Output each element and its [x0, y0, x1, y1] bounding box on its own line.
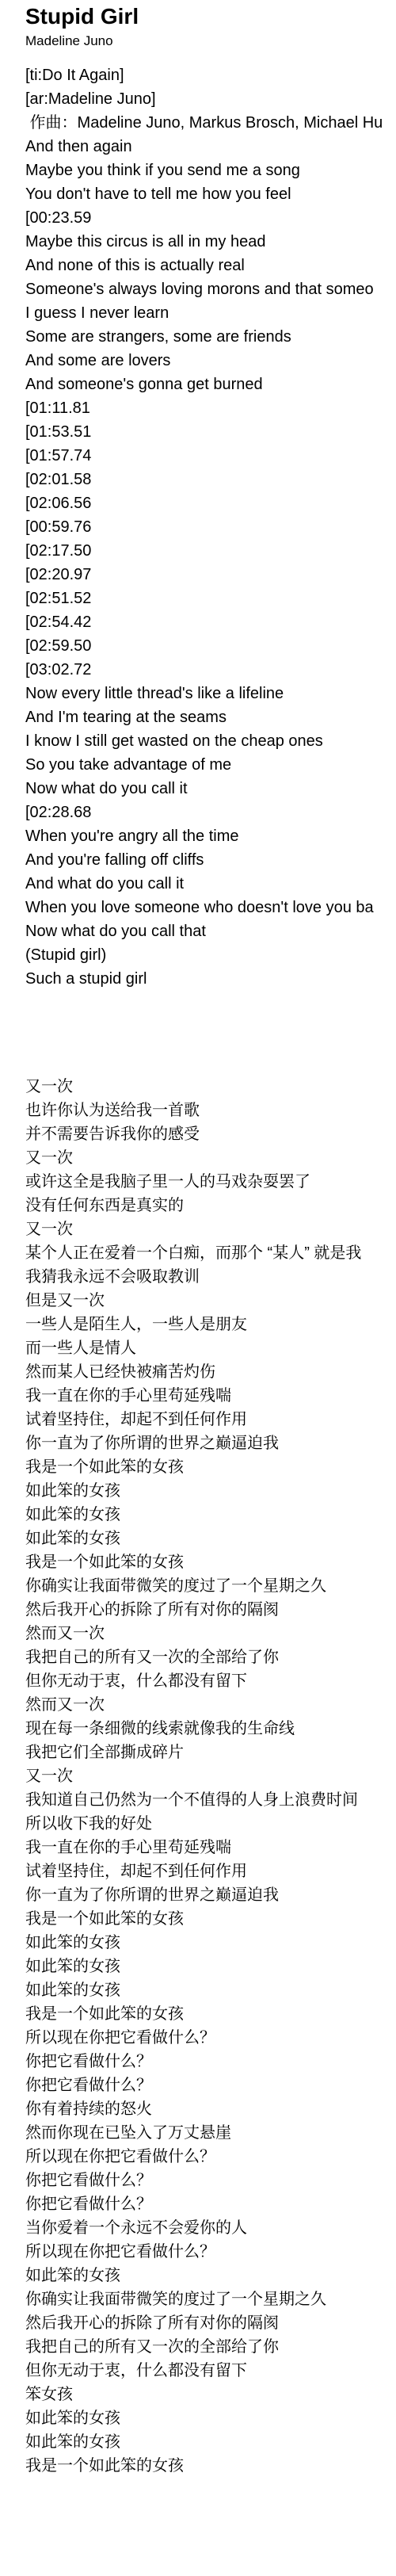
lyric-line: 然后我开心的拆除了所有对你的隔阂	[25, 1598, 396, 1622]
lyric-line: Maybe you think if you send me a song	[25, 159, 396, 182]
lyric-line: [02:28.68	[25, 801, 396, 824]
lyric-line: [02:51.52	[25, 587, 396, 610]
lyric-line: 你把它看做什么？	[25, 2192, 396, 2216]
lyric-line: 如此笨的女孩	[25, 1978, 396, 2002]
lyric-line: 然而你现在已坠入了万丈悬崖	[25, 2121, 396, 2145]
lyric-line: 我一直在你的手心里苟延残喘	[25, 1384, 396, 1408]
lyric-line: Now what do you call it	[25, 777, 396, 801]
lyric-line: (Stupid girl)	[25, 943, 396, 967]
lyric-line: [00:23.59	[25, 206, 396, 230]
lyrics-chinese-section: 又一次也许你认为送给我一首歌并不需要告诉我你的感受又一次或许这全是我脑子里一人的…	[25, 1075, 396, 2478]
lyric-line: 你把它看做什么？	[25, 2073, 396, 2097]
lyric-line: 又一次	[25, 1075, 396, 1099]
lyric-line: 你把它看做什么？	[25, 2169, 396, 2192]
lyric-line: Such a stupid girl	[25, 967, 396, 991]
lyric-line: 又一次	[25, 1146, 396, 1170]
lyrics-page: Stupid Girl Madeline Juno [ti:Do It Agai…	[0, 0, 396, 2478]
lyric-line: [02:59.50	[25, 634, 396, 658]
lyric-line: 我知道自己仍然为一个不值得的人身上浪费时间	[25, 1788, 396, 1812]
lyric-line: 当你爱着一个永远不会爱你的人	[25, 2216, 396, 2240]
lyric-line: [ti:Do It Again]	[25, 63, 396, 87]
lyric-line: 也许你认为送给我一首歌	[25, 1099, 396, 1122]
lyric-line: 我把自己的所有又一次的全部给了你	[25, 2335, 396, 2359]
lyric-line: Some are strangers, some are friends	[25, 325, 396, 349]
lyric-line: 如此笨的女孩	[25, 1479, 396, 1503]
lyric-line: 或许这全是我脑子里一人的马戏杂耍罢了	[25, 1170, 396, 1194]
lyric-line: [01:53.51	[25, 420, 396, 444]
lyric-line: 试着坚持住，却起不到任何作用	[25, 1859, 396, 1883]
lyric-line: I guess I never learn	[25, 301, 396, 325]
lyric-line: 但是又一次	[25, 1289, 396, 1313]
lyric-line: [02:54.42	[25, 610, 396, 634]
lyric-line: [01:11.81	[25, 396, 396, 420]
lyric-line: 如此笨的女孩	[25, 1931, 396, 1955]
lyric-line: And then again	[25, 135, 396, 159]
lyric-line: 并不需要告诉我你的感受	[25, 1122, 396, 1146]
lyric-line: 又一次	[25, 1217, 396, 1241]
lyric-line: I know I still get wasted on the cheap o…	[25, 729, 396, 753]
lyric-line: 所以现在你把它看做什么？	[25, 2145, 396, 2169]
lyric-line: 然后我开心的拆除了所有对你的隔阂	[25, 2311, 396, 2335]
lyric-line: [00:59.76	[25, 515, 396, 539]
artist-name: Madeline Juno	[25, 32, 396, 51]
lyric-line: 所以现在你把它看做什么？	[25, 2026, 396, 2050]
lyric-line: You don't have to tell me how you feel	[25, 182, 396, 206]
lyric-line: 然而某人已经快被痛苦灼伤	[25, 1360, 396, 1384]
lyric-line: Maybe this circus is all in my head	[25, 230, 396, 254]
lyric-line: 但你无动于衷，什么都没有留下	[25, 2359, 396, 2383]
lyric-line: 一些人是陌生人，一些人是朋友	[25, 1313, 396, 1336]
lyric-line: Now what do you call that	[25, 919, 396, 943]
lyric-line: 某个人正在爱着一个白痴，而那个 “某人” 就是我	[25, 1241, 396, 1265]
lyric-line: 又一次	[25, 1764, 396, 1788]
lyrics-english-section: [ti:Do It Again][ar:Madeline Juno] 作曲：Ma…	[25, 63, 396, 991]
lyric-line: 如此笨的女孩	[25, 1955, 396, 1978]
lyric-line: [01:57.74	[25, 444, 396, 468]
lyric-line: 我猜我永远不会吸取教训	[25, 1265, 396, 1289]
section-divider-gap	[25, 991, 396, 1062]
lyric-line: So you take advantage of me	[25, 753, 396, 777]
lyric-line: 所以现在你把它看做什么？	[25, 2240, 396, 2264]
lyric-line: And someone's gonna get burned	[25, 373, 396, 396]
lyric-line: And what do you call it	[25, 872, 396, 896]
lyric-line: 我是一个如此笨的女孩	[25, 2454, 396, 2478]
lyric-line: [02:01.58	[25, 468, 396, 491]
lyric-line: 我是一个如此笨的女孩	[25, 1907, 396, 1931]
lyric-line: And you're falling off cliffs	[25, 848, 396, 872]
lyric-line: 如此笨的女孩	[25, 2406, 396, 2430]
lyric-line: 而一些人是情人	[25, 1336, 396, 1360]
lyric-line: 如此笨的女孩	[25, 2264, 396, 2287]
lyric-line: [02:20.97	[25, 563, 396, 587]
lyric-line: [02:17.50	[25, 539, 396, 563]
lyric-line: 你一直为了你所谓的世界之巅逼迫我	[25, 1431, 396, 1455]
lyric-line: When you love someone who doesn't love y…	[25, 896, 396, 919]
lyric-line: 没有任何东西是真实的	[25, 1194, 396, 1217]
lyric-line: 你确实让我面带微笑的度过了一个星期之久	[25, 1574, 396, 1598]
lyric-line: 你确实让我面带微笑的度过了一个星期之久	[25, 2287, 396, 2311]
lyric-line: [ar:Madeline Juno]	[25, 87, 396, 111]
lyric-line: 如此笨的女孩	[25, 1527, 396, 1550]
lyric-line: 所以收下我的好处	[25, 1812, 396, 1836]
lyric-line: 我把它们全部撕成碎片	[25, 1741, 396, 1764]
lyric-line: Someone's always loving morons and that …	[25, 277, 396, 301]
lyric-line: 然而又一次	[25, 1693, 396, 1717]
lyric-line: 你有着持续的怒火	[25, 2097, 396, 2121]
lyric-line: 笨女孩	[25, 2383, 396, 2406]
lyric-line: 我是一个如此笨的女孩	[25, 1550, 396, 1574]
song-title: Stupid Girl	[25, 2, 396, 32]
lyric-line: 我一直在你的手心里苟延残喘	[25, 1836, 396, 1859]
lyric-line: 我是一个如此笨的女孩	[25, 2002, 396, 2026]
lyric-line: [02:06.56	[25, 491, 396, 515]
lyric-line: 我把自己的所有又一次的全部给了你	[25, 1645, 396, 1669]
lyric-line: 试着坚持住，却起不到任何作用	[25, 1408, 396, 1431]
lyric-line: 但你无动于衷，什么都没有留下	[25, 1669, 396, 1693]
lyric-line: And none of this is actually real	[25, 254, 396, 277]
lyric-line: 我是一个如此笨的女孩	[25, 1455, 396, 1479]
lyric-line: [03:02.72	[25, 658, 396, 682]
lyric-line: And I'm tearing at the seams	[25, 705, 396, 729]
lyric-line: 然而又一次	[25, 1622, 396, 1645]
lyric-line: 如此笨的女孩	[25, 1503, 396, 1527]
lyric-line: When you're angry all the time	[25, 824, 396, 848]
lyric-line: 你一直为了你所谓的世界之巅逼迫我	[25, 1883, 396, 1907]
lyric-line: 你把它看做什么？	[25, 2050, 396, 2073]
lyric-line: Now every little thread's like a lifelin…	[25, 682, 396, 705]
lyric-line: 现在每一条细微的线索就像我的生命线	[25, 1717, 396, 1741]
lyric-line: And some are lovers	[25, 349, 396, 373]
lyric-line: 作曲：Madeline Juno, Markus Brosch, Michael…	[25, 111, 396, 135]
lyric-line: 如此笨的女孩	[25, 2430, 396, 2454]
